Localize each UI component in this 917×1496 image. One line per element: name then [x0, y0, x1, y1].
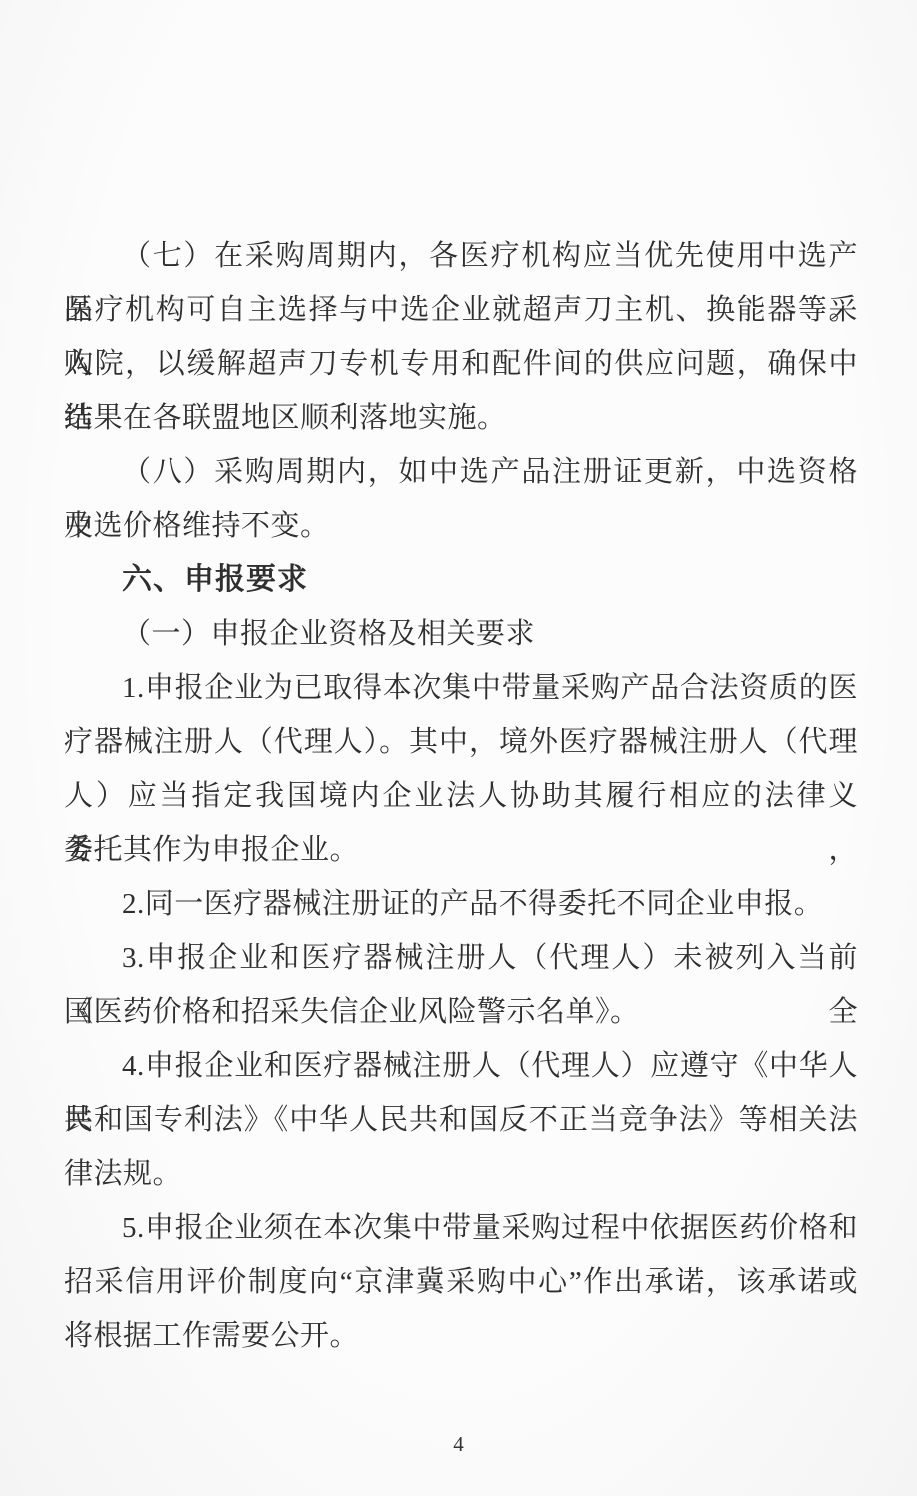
- document-body: （七）在采购周期内，各医疗机构应当优先使用中选产品。医疗机构可自主选择与中选企业…: [64, 229, 858, 1363]
- text-line: 招采信用评价制度向“京津冀采购中心”作出承诺，该承诺或: [64, 1255, 858, 1309]
- document-page: （七）在采购周期内，各医疗机构应当优先使用中选产品。医疗机构可自主选择与中选企业…: [0, 0, 917, 1496]
- text-line: 结果在各联盟地区顺利落地实施。: [64, 391, 858, 445]
- text-line: 将根据工作需要公开。: [64, 1309, 858, 1363]
- section-heading: 六、申报要求: [64, 553, 858, 607]
- text-line: 入院，以缓解超声刀专机专用和配件间的供应问题，确保中选: [64, 337, 858, 391]
- text-line: （八）采购周期内，如中选产品注册证更新，中选资格及: [64, 445, 858, 499]
- text-line: 1.申报企业为已取得本次集中带量采购产品合法资质的医: [64, 661, 858, 715]
- text-line: 中选价格维持不变。: [64, 499, 858, 553]
- page-number: 4: [0, 1430, 917, 1458]
- text-line: 3.申报企业和医疗器械注册人（代理人）未被列入当前《全: [64, 931, 858, 985]
- text-line: 共和国专利法》《中华人民共和国反不正当竞争法》等相关法: [64, 1093, 858, 1147]
- text-line: 医疗机构可自主选择与中选企业就超声刀主机、换能器等采购: [64, 283, 858, 337]
- text-line: （七）在采购周期内，各医疗机构应当优先使用中选产品。: [64, 229, 858, 283]
- text-line: 5.申报企业须在本次集中带量采购过程中依据医药价格和: [64, 1201, 858, 1255]
- text-line: （一）申报企业资格及相关要求: [64, 607, 858, 661]
- text-line: 律法规。: [64, 1147, 858, 1201]
- text-line: 2.同一医疗器械注册证的产品不得委托不同企业申报。: [64, 877, 858, 931]
- text-line: 4.申报企业和医疗器械注册人（代理人）应遵守《中华人民: [64, 1039, 858, 1093]
- text-line: 疗器械注册人（代理人）。其中，境外医疗器械注册人（代理: [64, 715, 858, 769]
- text-line: 人）应当指定我国境内企业法人协助其履行相应的法律义务，: [64, 769, 858, 823]
